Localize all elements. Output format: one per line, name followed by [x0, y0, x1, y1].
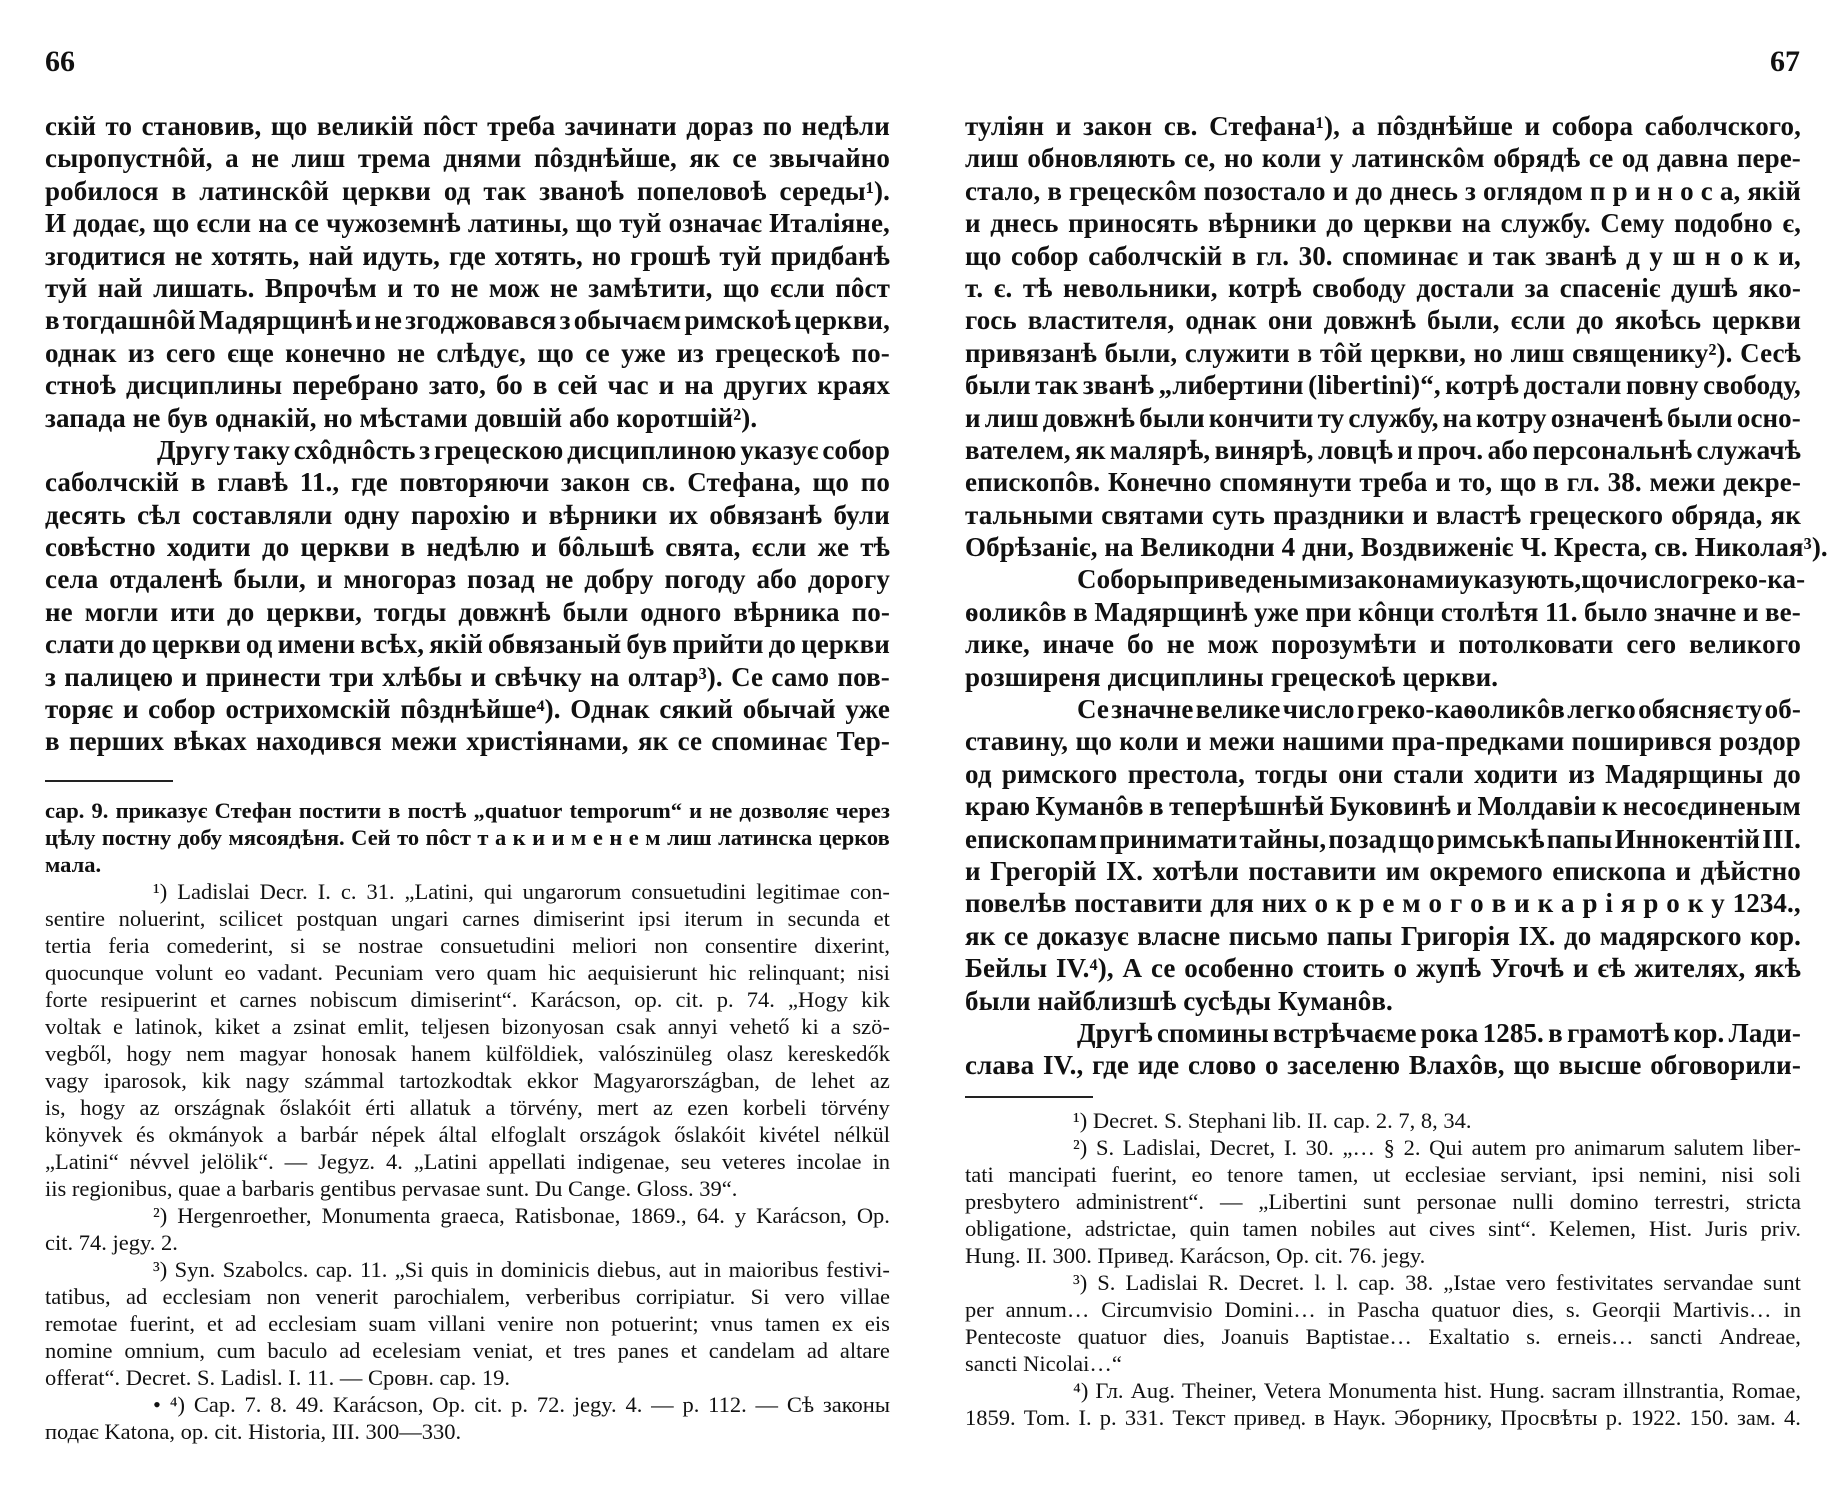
word: relinquant;: [748, 959, 845, 986]
word: IX.: [1106, 855, 1143, 887]
word: Hergenroether,: [177, 1202, 311, 1229]
word: не: [550, 272, 578, 304]
word: meliori: [572, 932, 637, 959]
word: приказує: [116, 797, 208, 824]
word: обряда,: [1671, 499, 1762, 531]
text-line: госьвластителя,однаконидовжнѣбыли,єслидо…: [965, 304, 1801, 336]
word: Monumenta: [1328, 1377, 1437, 1404]
word: тôй: [1320, 337, 1363, 369]
word: vero: [785, 1283, 825, 1310]
word: дораз: [686, 110, 753, 142]
word: Влахôв,: [1409, 1049, 1505, 1081]
word: служити: [1185, 337, 1290, 369]
word: „Hogy: [788, 986, 848, 1013]
word: in: [704, 1256, 722, 1283]
word: „Latini,: [405, 878, 474, 905]
word: грамотѣ: [1567, 1017, 1669, 1049]
word: 30.: [1299, 240, 1333, 272]
word: проч.: [1417, 434, 1483, 466]
word: туліян: [965, 110, 1044, 142]
footnote-line: „Latini“névveljelölik“.—Jegyz.4.„Latinia…: [45, 1148, 890, 1175]
word: I.: [1284, 1134, 1297, 1161]
word: д: [1626, 240, 1640, 272]
word: грецескоѣ: [715, 337, 840, 369]
word: споминає: [1342, 240, 1458, 272]
word: обговорили-: [1650, 1049, 1801, 1081]
word: спасеніє: [1560, 272, 1661, 304]
word: хотять,: [211, 240, 299, 272]
word: законы: [823, 1391, 890, 1418]
word: конечно: [285, 337, 386, 369]
word: пов-: [837, 661, 889, 693]
word: Domini…: [1224, 1296, 1315, 1323]
word: Ladislai: [177, 878, 249, 905]
word: ш: [1672, 240, 1695, 272]
word: не: [175, 240, 203, 272]
word: Martivis…: [1673, 1296, 1772, 1323]
word: дозволяє: [739, 797, 828, 824]
word: хотѣли: [1153, 855, 1239, 887]
word: Наук.: [1333, 1404, 1386, 1431]
word: ipsi: [638, 905, 671, 932]
word: Иннокентій: [1615, 823, 1760, 855]
text-line: ставину,щоколиимежинашимипра-предкамипош…: [965, 725, 1801, 757]
word: о: [1314, 887, 1328, 919]
word: були: [833, 499, 889, 531]
word: И: [45, 207, 66, 239]
word: Decret,: [1210, 1134, 1276, 1161]
word: слати: [45, 628, 114, 660]
word: cum: [217, 1337, 256, 1364]
word: festivi-: [826, 1256, 890, 1283]
word: на: [1462, 207, 1491, 239]
word: що: [1500, 466, 1537, 498]
word: graeca,: [440, 1202, 504, 1229]
word: папы: [1327, 920, 1393, 952]
word: схôднôсть: [294, 434, 416, 466]
word: csak: [616, 1013, 656, 1040]
word: мож: [1208, 628, 1259, 660]
word: et: [207, 1310, 223, 1337]
word: звычайно: [769, 142, 890, 174]
word: potuerint;: [611, 1310, 698, 1337]
word: священику²).: [1572, 337, 1732, 369]
word: до: [227, 596, 254, 628]
word: приведеными: [1173, 563, 1343, 595]
word: kik: [202, 1067, 231, 1094]
word: Hist.: [1649, 1215, 1692, 1242]
word: I.: [318, 878, 331, 905]
word: „Istae: [1443, 1269, 1495, 1296]
word: столѣтя: [1441, 596, 1539, 628]
footnote-line: obligatione,adstrictae,quintamennobilesa…: [965, 1215, 1801, 1242]
word: bizonyosan: [502, 1013, 604, 1040]
word: „…: [1342, 1134, 1375, 1161]
word: quatuor: [1431, 1296, 1500, 1323]
word: p.: [1100, 1404, 1117, 1431]
word: Cap.: [194, 1391, 236, 1418]
text-line: щособорсаболчскійвгл.30.споминаєитакзван…: [965, 240, 1801, 272]
word: verberibus: [526, 1283, 621, 1310]
word: и: [1056, 110, 1072, 142]
word: званоѣ: [539, 175, 624, 207]
word: поставити: [1074, 887, 1202, 919]
word: consentire: [705, 932, 797, 959]
word: як: [1075, 434, 1105, 466]
word: служачѣ: [1697, 434, 1801, 466]
word: и: [965, 855, 981, 887]
text-line: Другѣспоминывстрѣчаємерока1285.вграмотѣк…: [965, 1017, 1801, 1049]
word: postquan: [296, 905, 377, 932]
word: поставити: [1248, 855, 1376, 887]
word: в: [1548, 1017, 1563, 1049]
word: слѣдує,: [436, 337, 526, 369]
text-line: слатидоцерквиодименивсѣх,якійобвязаныйбу…: [45, 628, 890, 660]
word: non: [267, 1283, 301, 1310]
word: Сей: [351, 824, 390, 851]
word: що: [812, 466, 849, 498]
word: ut: [1373, 1161, 1391, 1188]
word: Hung.: [1489, 1377, 1545, 1404]
word: лиш: [985, 402, 1039, 434]
word: несоєдиненым: [1623, 790, 1801, 822]
word: domino: [1570, 1188, 1639, 1215]
word: ecelesiam: [372, 1337, 461, 1364]
word: adstrictae,: [1085, 1215, 1177, 1242]
word: 11.: [360, 1256, 387, 1283]
word: саболчского,: [1645, 110, 1801, 142]
text-line: БейлыIV.⁴),АсеособенностоитьожупѣУгочѣиє…: [965, 952, 1801, 984]
word: и: [1186, 725, 1202, 757]
word: ecclesiam: [268, 1310, 357, 1337]
word: Ladislai: [1125, 1269, 1197, 1296]
word: на: [684, 369, 713, 401]
word: venire: [497, 1310, 553, 1337]
word: c.: [341, 878, 357, 905]
word: temporum“: [569, 797, 681, 824]
word: якій: [429, 628, 483, 660]
word: праздники: [1273, 499, 1404, 531]
word: теперѣшнѣй: [1169, 790, 1324, 822]
text-line: саболчскійвглавѣ11.,гдеповторяючизаконсв…: [45, 466, 890, 498]
word: S.: [1096, 1134, 1114, 1161]
word: е: [593, 824, 603, 851]
word: non: [566, 1310, 600, 1337]
word: тальными: [965, 499, 1093, 531]
word: о: [1680, 175, 1694, 207]
word: давна: [1657, 142, 1728, 174]
word: Tom.: [1024, 1404, 1071, 1431]
word: были: [1667, 402, 1733, 434]
word: servandae: [1663, 1269, 1753, 1296]
word: идуть,: [362, 240, 440, 272]
word: латинскôй: [199, 175, 329, 207]
word: Просвѣты: [1500, 1404, 1597, 1431]
word: ходити: [167, 531, 251, 563]
text-line: были найблизшѣ сусѣды Куманôв.: [965, 985, 1801, 1017]
word: a: [831, 1013, 841, 1040]
word: Лади-: [1729, 1017, 1801, 1049]
word: были: [965, 369, 1031, 401]
word: könyvek: [45, 1121, 123, 1148]
word: ad: [126, 1283, 147, 1310]
word: цѣлу: [45, 824, 95, 851]
word: III.: [1762, 823, 1801, 855]
word: и: [355, 304, 371, 336]
text-line: туйнайлишать.Впрочѣмитонеможнезамѣтити,щ…: [45, 272, 890, 304]
word: но: [1474, 337, 1503, 369]
text-line: стало,вгрецескôмпозосталоидоднесьзоглядо…: [965, 175, 1801, 207]
word: званѣ: [1083, 369, 1154, 401]
footnote-line: perannum…CircumvisioDomini…inPaschaquatu…: [965, 1296, 1801, 1323]
word: м: [1402, 887, 1421, 919]
word: •: [153, 1391, 161, 1418]
word: се: [1004, 920, 1029, 952]
word: Magyarországban,: [593, 1067, 760, 1094]
word: были,: [1427, 304, 1500, 336]
text-line: привязанѣбыли,служитивтôйцеркви,нолишсвя…: [965, 337, 1801, 369]
word: на: [258, 207, 287, 239]
word: где: [351, 466, 388, 498]
word: tartozkodtak: [399, 1067, 511, 1094]
word: постѣ: [408, 797, 467, 824]
word: повелѣв: [965, 887, 1067, 919]
word: греко-ка-: [1690, 563, 1806, 595]
word: Joanuis: [1222, 1323, 1290, 1350]
word: мадярского: [1600, 920, 1742, 952]
word: в: [1544, 466, 1559, 498]
word: számmal: [304, 1067, 384, 1094]
word: hanem: [411, 1040, 471, 1067]
word: великого: [1689, 628, 1801, 660]
word: in: [872, 1148, 890, 1175]
word: треба: [1359, 466, 1427, 498]
word: ipsi: [1592, 1161, 1625, 1188]
word: 4.: [386, 1148, 403, 1175]
word: Сему: [1600, 207, 1664, 239]
word: и: [1456, 790, 1472, 822]
word: jelölik“.: [201, 1148, 274, 1175]
word: a: [277, 1121, 287, 1148]
text-line: скійтостановив,щовеликійпôсттребазачинат…: [45, 110, 890, 142]
word: Romae,: [1732, 1377, 1801, 1404]
word: 38.: [1405, 1269, 1433, 1296]
word: не: [451, 272, 479, 304]
footnote-line: ¹) Decret. S. Stephani lib. II. cap. 2. …: [965, 1107, 1801, 1134]
word: се: [585, 337, 610, 369]
word: не: [397, 337, 425, 369]
word: великій: [317, 110, 414, 142]
word: лиш: [667, 824, 712, 851]
word: tamen: [765, 1310, 820, 1337]
word: довжнѣ: [1043, 402, 1135, 434]
word: к: [513, 824, 526, 851]
word: н: [1705, 240, 1721, 272]
word: IV.,: [1043, 1049, 1083, 1081]
word: гось: [965, 304, 1017, 336]
word: consuetudini: [631, 878, 746, 905]
word: Соборы: [1077, 563, 1173, 595]
word: hic: [709, 959, 737, 986]
word: церкви,: [266, 596, 362, 628]
word: из: [1568, 758, 1595, 790]
word: престола,: [1128, 758, 1245, 790]
word: палицею: [64, 661, 173, 693]
word: так: [1035, 369, 1078, 401]
word: малярѣ,: [1110, 434, 1210, 466]
word: стало,: [965, 175, 1040, 207]
word: пôст: [423, 110, 478, 142]
word: они: [1338, 758, 1383, 790]
word: властителя,: [1028, 304, 1175, 336]
word: villani: [428, 1310, 486, 1337]
word: межи: [391, 725, 457, 757]
word: сѣл: [137, 499, 181, 531]
word: до: [1576, 304, 1603, 336]
word: высше: [1559, 1049, 1642, 1081]
footnote-line: cit. 74. jegy. 2.: [45, 1229, 890, 1256]
word: erneis…: [1557, 1323, 1633, 1350]
word: кор.: [1750, 920, 1801, 952]
word: и: [1743, 596, 1759, 628]
word: мясоядѣня.: [229, 824, 345, 851]
word: ²): [153, 1202, 167, 1229]
word: єсли: [770, 272, 825, 304]
word: cit.: [474, 1391, 502, 1418]
word: Другѣ: [1077, 1017, 1153, 1049]
word: од: [444, 175, 471, 207]
word: для: [1210, 887, 1254, 919]
word: р: [1643, 887, 1658, 919]
word: до: [1326, 207, 1353, 239]
word: S.: [1097, 1269, 1115, 1296]
word: vadant.: [257, 959, 323, 986]
word: in: [1783, 1296, 1801, 1323]
word: liber-: [1753, 1134, 1801, 1161]
footnote-line: vagyiparosok,kiknagyszámmaltartozkodtake…: [45, 1067, 890, 1094]
word: к: [1753, 240, 1769, 272]
word: ставину,: [965, 725, 1068, 757]
word: званѣ: [1545, 240, 1616, 272]
word: ungarorum: [523, 878, 622, 905]
word: якій: [1747, 175, 1801, 207]
word: церкви,: [1370, 337, 1466, 369]
word: fuerint,: [129, 1310, 195, 1337]
word: ezen: [687, 1094, 728, 1121]
word: що: [965, 240, 1002, 272]
word: або: [757, 563, 797, 595]
word: 112.: [708, 1391, 747, 1418]
word: vegből,: [45, 1040, 112, 1067]
word: и: [522, 499, 538, 531]
word: персональнѣ: [1533, 434, 1693, 466]
word: Karácson,: [756, 1202, 847, 1229]
word: легко: [1567, 693, 1636, 725]
word: и: [689, 797, 702, 824]
word: до: [119, 628, 146, 660]
word: vehető: [730, 1013, 790, 1040]
footnote-line: quocunquevolunteovadant.Pecuniamveroquam…: [45, 959, 890, 986]
word: якоѣсь: [1615, 304, 1701, 336]
word: се: [295, 207, 320, 239]
word: главѣ: [217, 466, 288, 498]
text-line: тальнымисвятамисутьпраздникиивластѣгреце…: [965, 499, 1801, 531]
word: de: [775, 1067, 796, 1094]
word: и: [965, 207, 981, 239]
word: parochialem,: [393, 1283, 510, 1310]
word: névvel: [130, 1148, 190, 1175]
word: и: [1430, 628, 1446, 660]
word: згоджовався: [405, 304, 556, 336]
word: добу: [178, 824, 222, 851]
word: як: [689, 142, 719, 174]
word: скій: [45, 110, 96, 142]
word: ловцѣ: [1318, 434, 1393, 466]
word: обвязаный: [488, 628, 621, 660]
word: szö-: [852, 1013, 890, 1040]
word: з: [45, 661, 56, 693]
word: же: [818, 531, 849, 563]
text-line: стноѣдисциплиныперебранозато,бовсейчасин…: [45, 369, 890, 401]
word: постну: [102, 824, 171, 851]
word: особенно: [1184, 952, 1294, 984]
word: постити: [299, 797, 381, 824]
word: означенѣ: [1551, 402, 1663, 434]
word: Syn.: [175, 1256, 216, 1283]
word: Andreae,: [1719, 1323, 1801, 1350]
word: иначе: [1043, 628, 1114, 660]
word: в: [1314, 1404, 1325, 1431]
word: и: [317, 563, 333, 595]
word: y: [735, 1202, 746, 1229]
word: Буковинѣ: [1330, 790, 1451, 822]
word: Впрочѣм: [265, 272, 377, 304]
word: aequisierunt: [587, 959, 697, 986]
word: о: [1394, 952, 1408, 984]
word: и: [965, 402, 981, 434]
word: придбанѣ: [771, 240, 890, 272]
word: церкви: [342, 175, 431, 207]
word: tertia: [45, 932, 91, 959]
word: в: [1232, 240, 1247, 272]
word: треба: [487, 110, 555, 142]
text-line: згодитисянехотять,найидуть,гдехотять,ног…: [45, 240, 890, 272]
word: a: [485, 1094, 495, 1121]
word: робилося: [45, 175, 159, 207]
word: p.: [511, 1391, 528, 1418]
word: вателем,: [965, 434, 1071, 466]
word: р: [1359, 887, 1374, 919]
word: и: [1525, 110, 1541, 142]
word: sunt: [1363, 1188, 1401, 1215]
word: presbytero: [965, 1188, 1060, 1215]
word: (libertini)“,: [1308, 369, 1441, 401]
word: свѣчку: [494, 661, 581, 693]
word: до: [1774, 758, 1801, 790]
word: тайны,: [1240, 823, 1327, 855]
word: за: [1525, 272, 1550, 304]
word: hogy: [80, 1094, 125, 1121]
text-line: славаIV.,гдеидесловоозаселенюВлахôв,щовы…: [965, 1049, 1801, 1081]
word: и: [387, 272, 403, 304]
word: пôст: [835, 272, 890, 304]
text-line: робилосявлатинскôйцерквиодтакзваноѣпопел…: [45, 175, 890, 207]
word: были: [1139, 402, 1205, 434]
word: що: [1581, 563, 1618, 595]
word: sentire: [45, 905, 105, 932]
word: якѣ: [1754, 952, 1801, 984]
word: н: [609, 824, 622, 851]
